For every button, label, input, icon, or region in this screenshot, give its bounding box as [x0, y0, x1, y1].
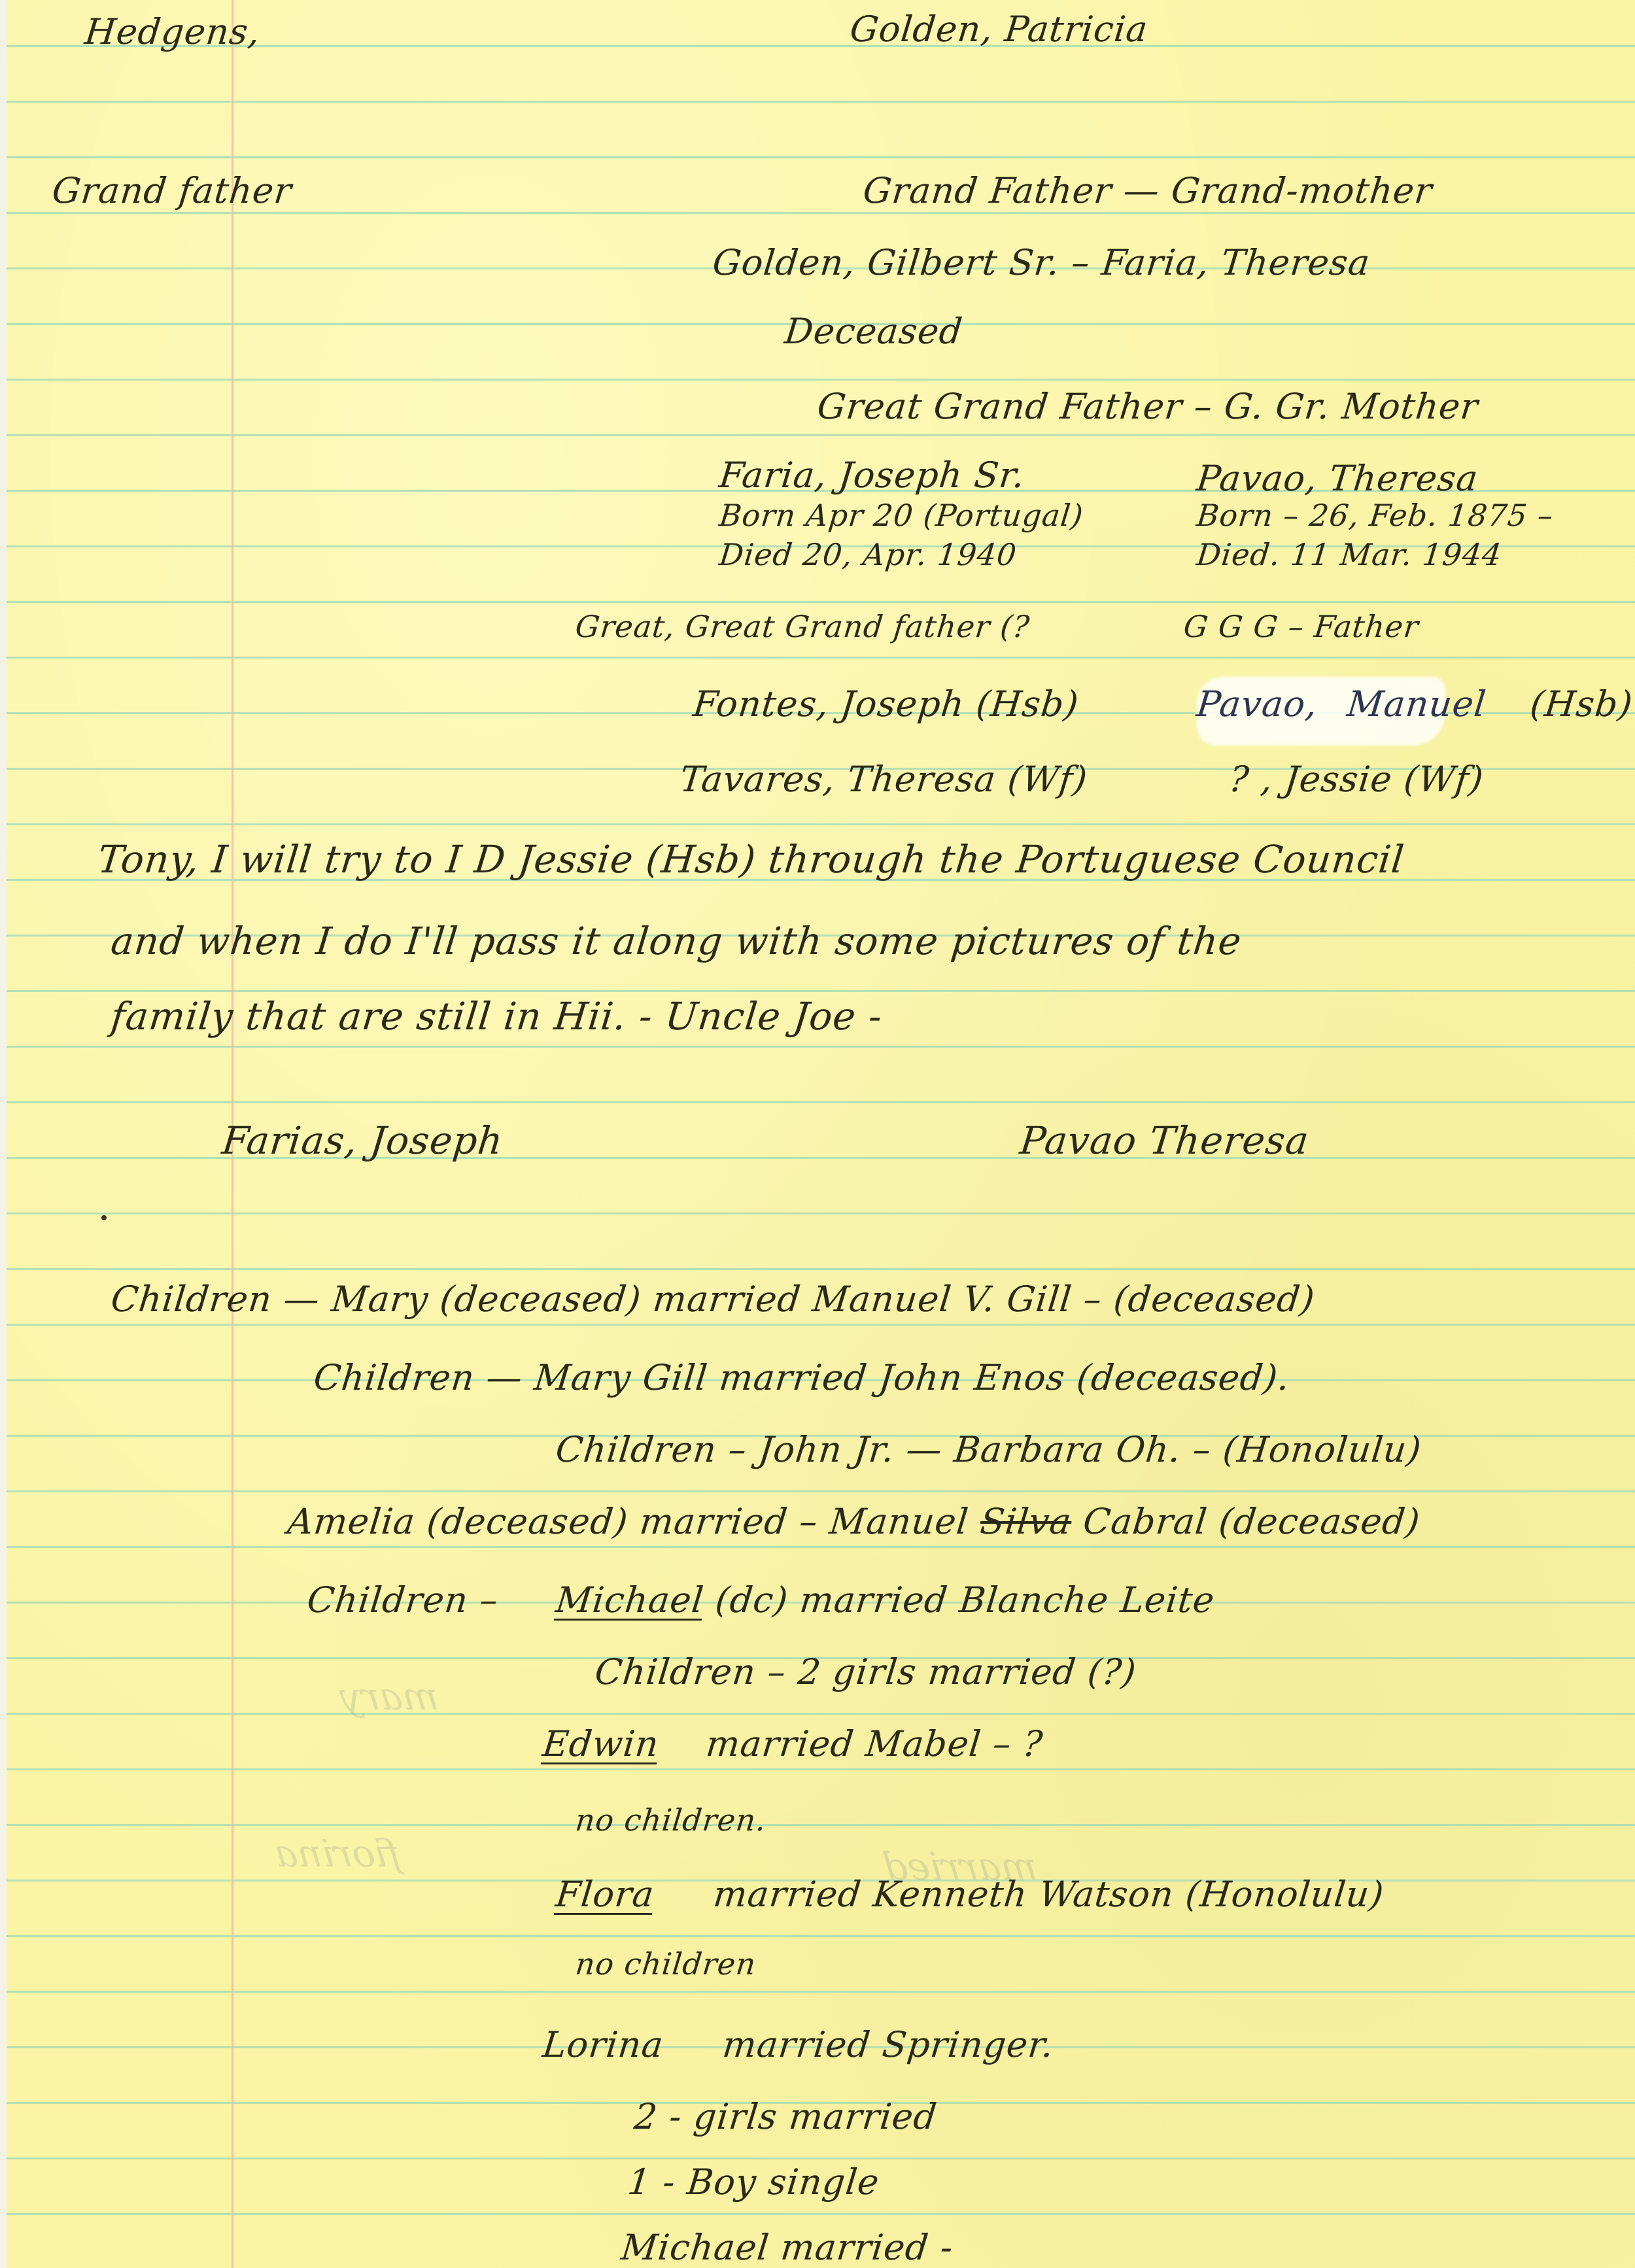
entry-mary: Children — Mary (deceased) married Manue…	[109, 1282, 1317, 1317]
note-line-3: family that are still in Hii. - Uncle Jo…	[109, 997, 884, 1035]
subject-name: Golden, Patricia	[848, 12, 1150, 47]
entry-amelia: Amelia (deceased) married – Manuel Silva…	[286, 1504, 1422, 1539]
bleed-through-text: mary	[337, 1674, 440, 1719]
amelia-suffix: Cabral (deceased)	[1069, 1501, 1422, 1542]
entry-edwin-children: no children.	[574, 1805, 768, 1835]
note-line-2: and when I do I'll pass it along with so…	[109, 922, 1243, 960]
amelia-prefix: Amelia (deceased) married – Manuel	[286, 1501, 983, 1542]
tavares-theresa: Tavares, Theresa (Wf)	[678, 762, 1089, 797]
scan-edge	[0, 0, 7, 2268]
entry-michael: Michael (dc) married Blanche Leite	[554, 1583, 1216, 1618]
grandparents-label: Grand Father — Grand-mother	[861, 173, 1434, 209]
jessie-wife: ? , Jessie (Wf)	[1228, 762, 1485, 797]
entry-lorina-boy: 1 - Boy single	[626, 2165, 881, 2200]
amelia-children-label: Children –	[305, 1583, 500, 1618]
ggg-father-label: G G G – Father	[1182, 611, 1420, 642]
entry-flora-children: no children	[574, 1949, 758, 1979]
entry-lorina-girls: 2 - girls married	[632, 2099, 938, 2135]
pavao-first: Pavao,	[1195, 687, 1319, 722]
fontes-joseph: Fontes, Joseph (Hsb)	[691, 687, 1080, 722]
pavao-manuel: Manuel	[1345, 687, 1488, 722]
entry-mary-children: Children — Mary Gill married John Enos (…	[312, 1360, 1292, 1396]
family-mother: Pavao Theresa	[1018, 1122, 1311, 1160]
great-grandparents-label: Great Grand Father – G. Gr. Mother	[816, 389, 1480, 424]
entry-edwin: Edwin married Mabel – ?	[541, 1727, 1044, 1762]
deceased-status: Deceased	[783, 314, 965, 349]
ggf-born: Born Apr 20 (Portugal)	[718, 500, 1085, 530]
ggm-died: Died. 11 Mar. 1944	[1196, 540, 1504, 570]
entry-michael-2: Michael married -	[619, 2230, 955, 2265]
pavao-hsb: (Hsb)	[1528, 687, 1634, 722]
edwin-rest: married Mabel – ?	[704, 1723, 1045, 1764]
entry-lorina: Lorina married Springer.	[541, 2027, 1056, 2063]
ggf-name: Faria, Joseph Sr.	[717, 458, 1027, 493]
entry-flora: Flora married Kenneth Watson (Honolulu)	[554, 1877, 1386, 1912]
ggf-died: Died 20, Apr. 1940	[718, 540, 1018, 570]
edwin-name: Edwin	[541, 1723, 661, 1764]
amelia-struck-name: Silva	[978, 1501, 1074, 1542]
bleed-through-text: fiorina	[272, 1831, 402, 1876]
note-line-1: Tony, I will try to I D Jessie (Hsb) thr…	[96, 840, 1406, 878]
family-father: Farias, Joseph	[220, 1122, 505, 1160]
surname-hedgens: Hedgens,	[83, 14, 262, 50]
flora-name: Flora	[554, 1874, 657, 1915]
michael-rest: (dc) married Blanche Leite	[714, 1579, 1217, 1621]
lorina-rest: married Springer.	[721, 2024, 1056, 2065]
ink-dot	[101, 1215, 107, 1220]
flora-rest: married Kenneth Watson (Honolulu)	[712, 1874, 1386, 1915]
ggm-born: Born – 26, Feb. 1875 –	[1196, 500, 1555, 530]
grandparents-names: Golden, Gilbert Sr. – Faria, Theresa	[711, 245, 1372, 281]
entry-enos-children: Children – John Jr. — Barbara Oh. – (Hon…	[554, 1432, 1423, 1468]
michael-name: Michael	[554, 1579, 706, 1621]
grand-father-left-label: Grand father	[50, 173, 294, 209]
gg-grandfather-label: Great, Great Grand father (?	[574, 611, 1031, 642]
lorina-name: Lorina	[541, 2024, 666, 2065]
entry-michael-children: Children – 2 girls married (?)	[593, 1655, 1138, 1690]
ggm-name: Pavao, Theresa	[1195, 461, 1480, 496]
